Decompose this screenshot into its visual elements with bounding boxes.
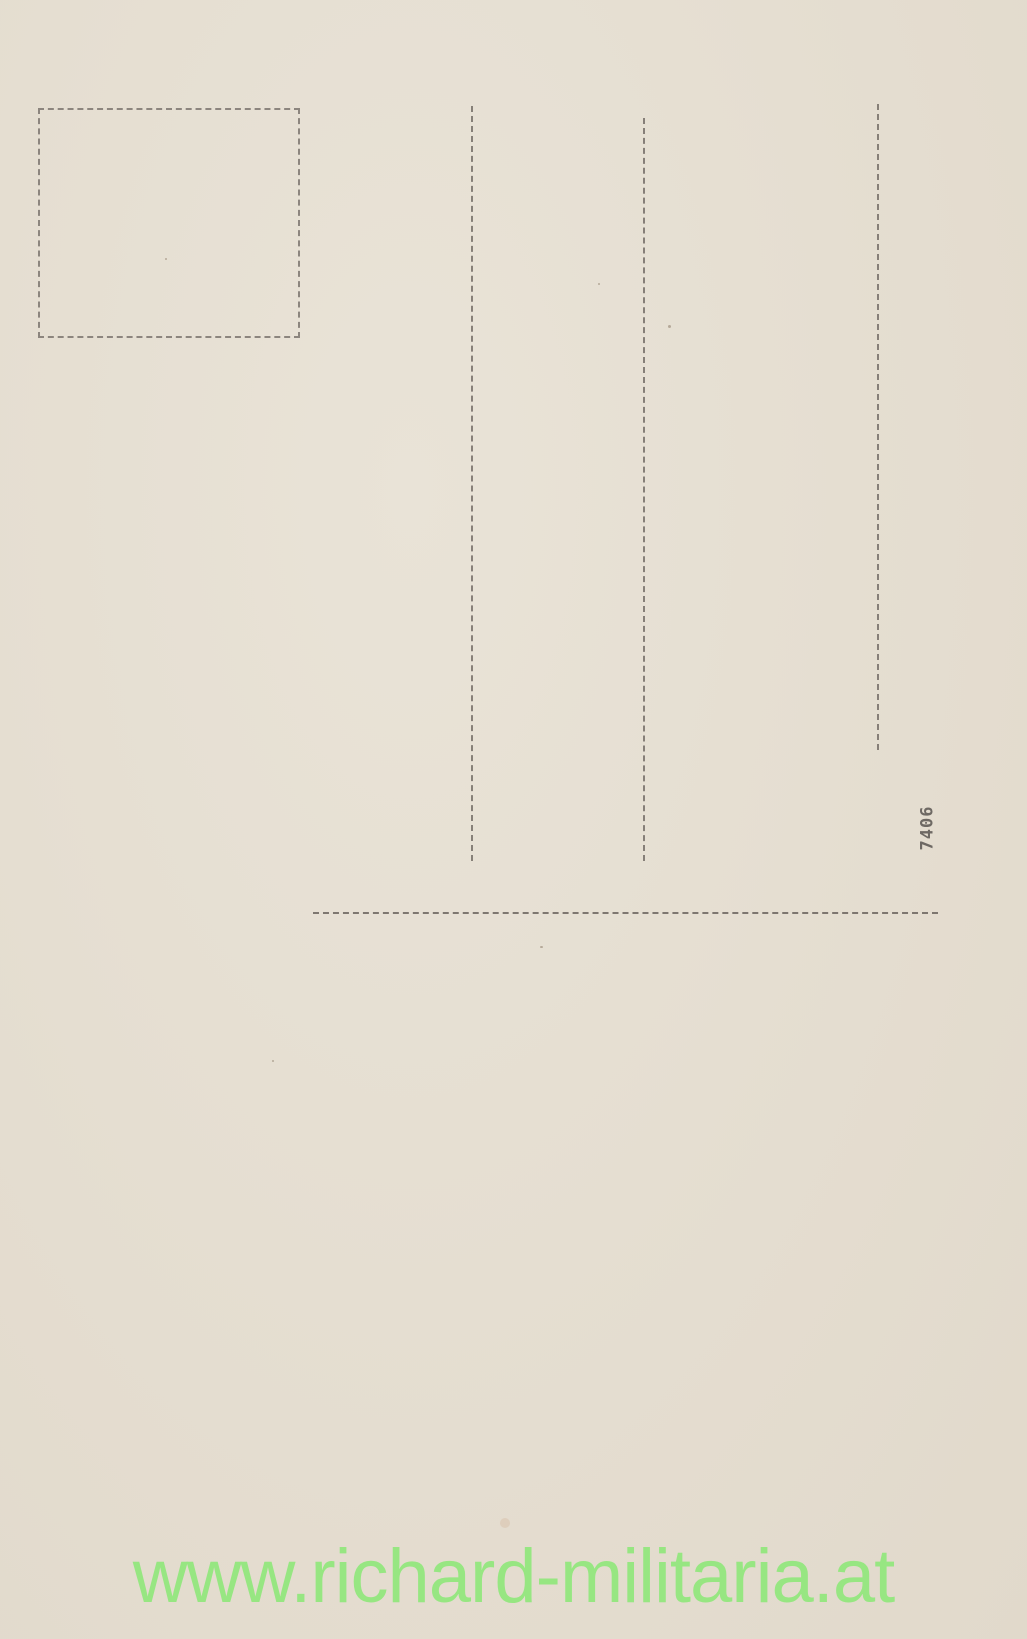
- horizontal-divider-line: [313, 912, 938, 914]
- paper-speck: [272, 1060, 274, 1062]
- paper-speck: [598, 283, 600, 285]
- postcard-back: 7406 www.richard-militaria.at: [0, 0, 1027, 1639]
- paper-speck: [668, 325, 671, 328]
- serial-number: 7406: [917, 806, 937, 851]
- stamp-box: [38, 108, 300, 338]
- paper-speck: [165, 258, 167, 260]
- paper-speck: [540, 946, 543, 948]
- address-divider-line-1: [471, 106, 473, 861]
- address-divider-line-3: [877, 104, 879, 750]
- watermark-url: www.richard-militaria.at: [0, 1532, 1027, 1622]
- address-divider-line-2: [643, 118, 645, 861]
- paper-speck: [500, 1518, 510, 1528]
